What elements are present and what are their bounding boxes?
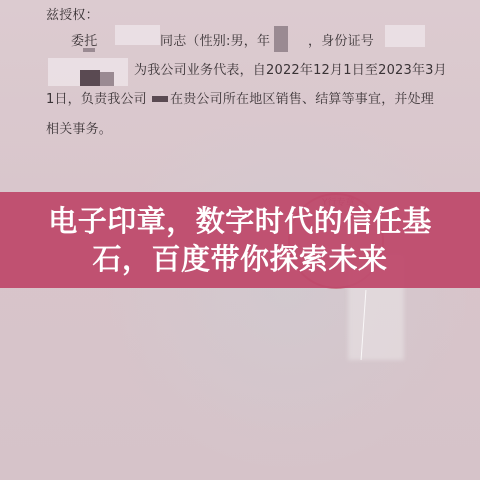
redacted-block bbox=[80, 70, 100, 86]
doc-line-representative: 为我公司业务代表，自2022年12月1日至2023年3月 bbox=[134, 59, 447, 78]
doc-line-comrade: 同志（性别:男，年 bbox=[160, 30, 270, 49]
redacted-name bbox=[115, 25, 160, 45]
redacted-mark bbox=[83, 48, 95, 52]
redacted-age bbox=[274, 26, 288, 52]
redacted-product bbox=[152, 96, 168, 102]
redacted-block-2 bbox=[100, 72, 114, 86]
doc-line-responsible: 1日，负责我公司 bbox=[46, 88, 147, 107]
doc-line-heading: 兹授权： bbox=[46, 4, 99, 23]
doc-line-id: ，身份证号 bbox=[308, 30, 374, 49]
doc-line-affairs: 相关事务。 bbox=[46, 118, 112, 137]
doc-line-entrust: 委托 bbox=[71, 30, 97, 49]
redacted-id bbox=[385, 25, 425, 47]
title-banner: 电子印章，数字时代的信任基石，百度带你探索未来 bbox=[0, 192, 480, 288]
banner-title: 电子印章，数字时代的信任基石，百度带你探索未来 bbox=[30, 202, 450, 278]
doc-line-region: 在贵公司所在地区销售、结算等事宜，并处理 bbox=[170, 88, 434, 107]
